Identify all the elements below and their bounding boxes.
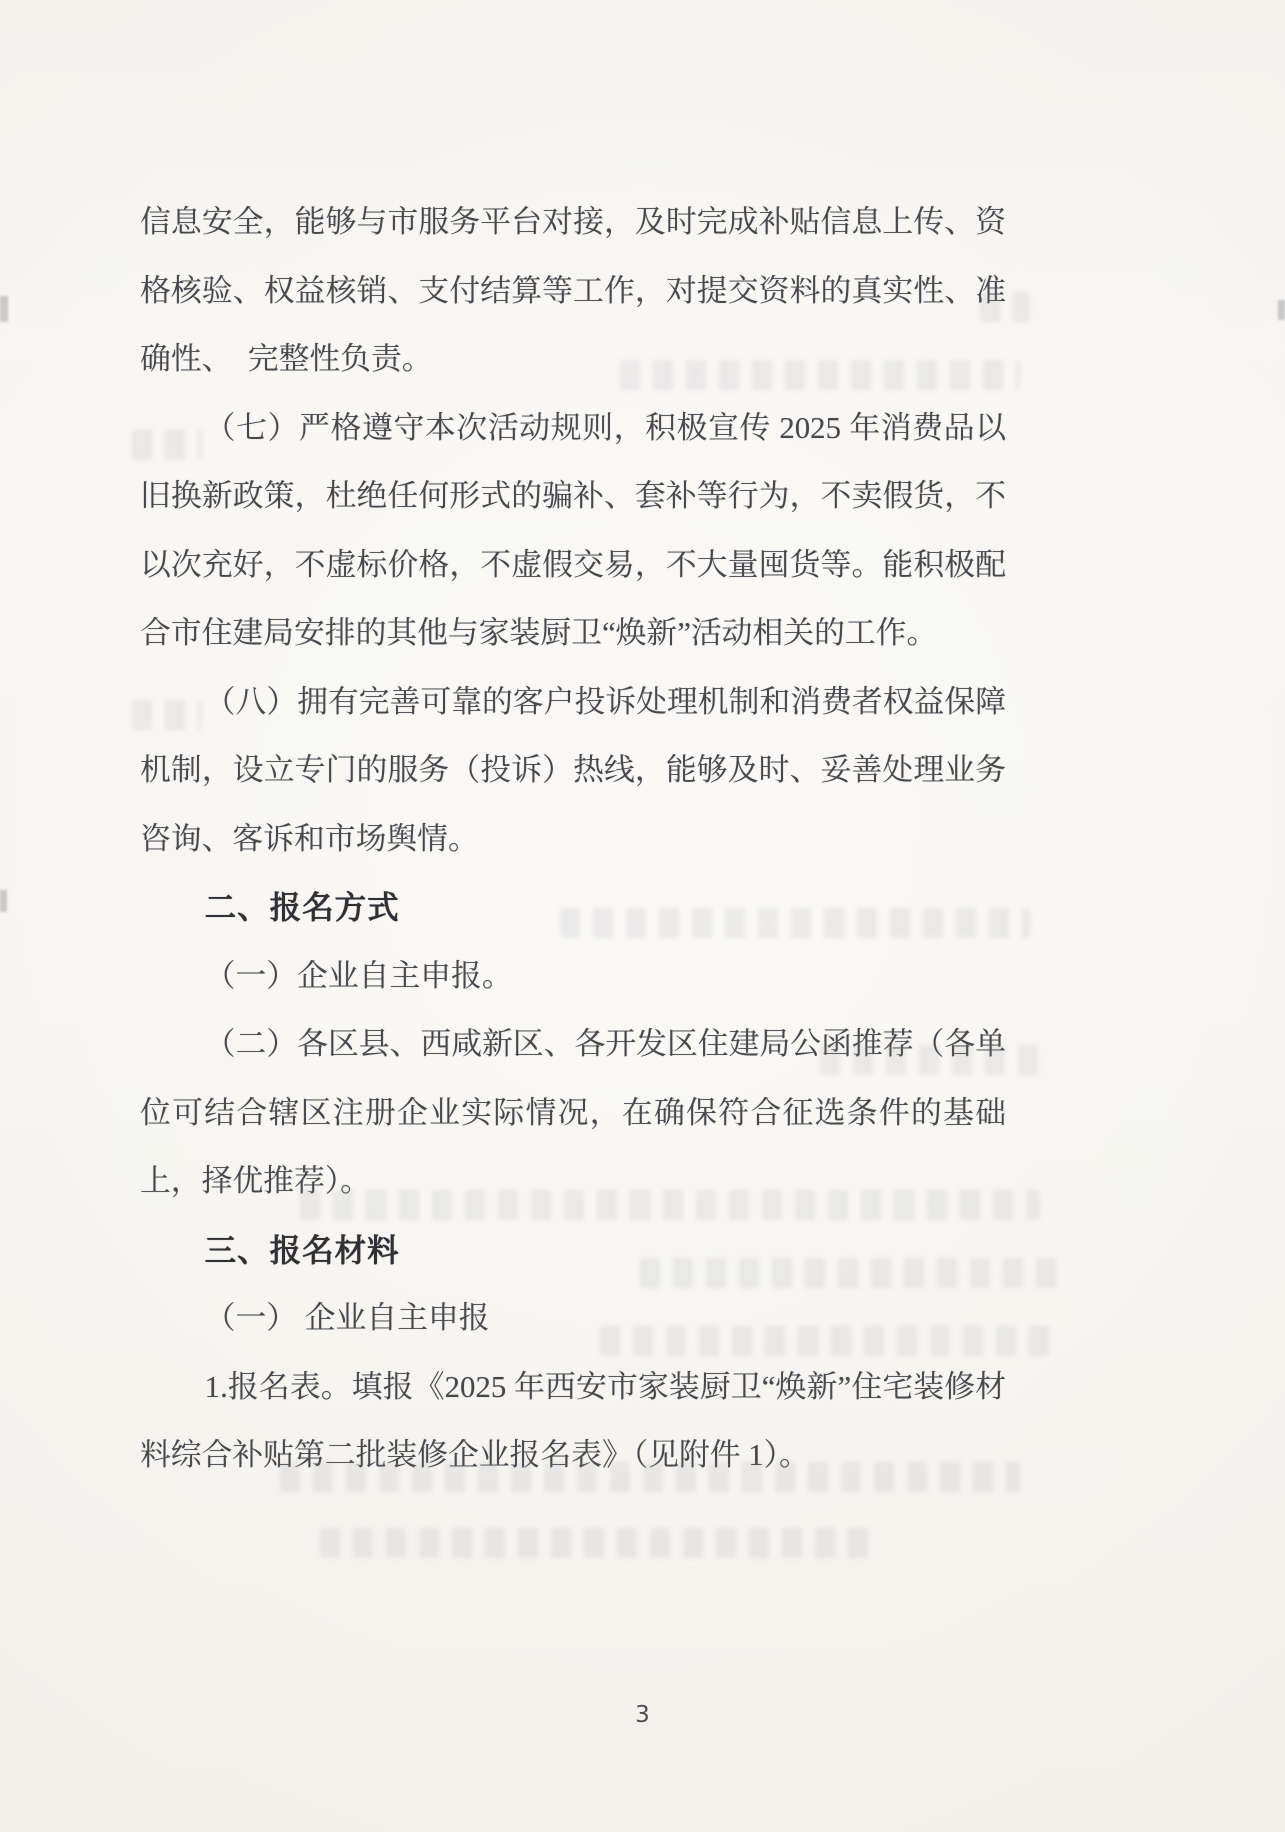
- bleedthrough-smudge: [132, 700, 202, 730]
- bleedthrough-smudge: [980, 292, 1030, 322]
- paragraph: （二）各区县、西咸新区、各开发区住建局公函推荐（各单位可结合辖区注册企业实际情况…: [140, 1010, 1006, 1216]
- bleedthrough-smudge: [640, 1258, 1060, 1288]
- page-number: 3: [0, 1702, 1285, 1728]
- bleedthrough-smudge: [132, 430, 202, 460]
- paragraph: （八）拥有完善可靠的客户投诉处理机制和消费者权益保障机制，设立专门的服务（投诉）…: [140, 668, 1006, 874]
- bleedthrough-smudge: [280, 1462, 1020, 1492]
- bleedthrough-smudge: [820, 1045, 1040, 1075]
- bleedthrough-smudge: [320, 1528, 880, 1558]
- bleedthrough-smudge: [600, 1326, 1050, 1356]
- bleedthrough-smudge: [300, 1190, 1040, 1220]
- bleedthrough-smudge: [560, 908, 1030, 938]
- bleedthrough-smudge: [620, 360, 1020, 390]
- paragraph: （七）严格遵守本次活动规则，积极宣传 2025 年消费品以旧换新政策，杜绝任何形…: [140, 394, 1006, 668]
- scanned-document-page: 信息安全，能够与市服务平台对接，及时完成补贴信息上传、资格核验、权益核销、支付结…: [0, 0, 1285, 1832]
- scan-edge-artifact: [0, 296, 8, 322]
- scan-edge-artifact: [0, 890, 7, 912]
- paragraph: （一）企业自主申报。: [140, 942, 1006, 1011]
- scan-edge-artifact: [1278, 300, 1285, 320]
